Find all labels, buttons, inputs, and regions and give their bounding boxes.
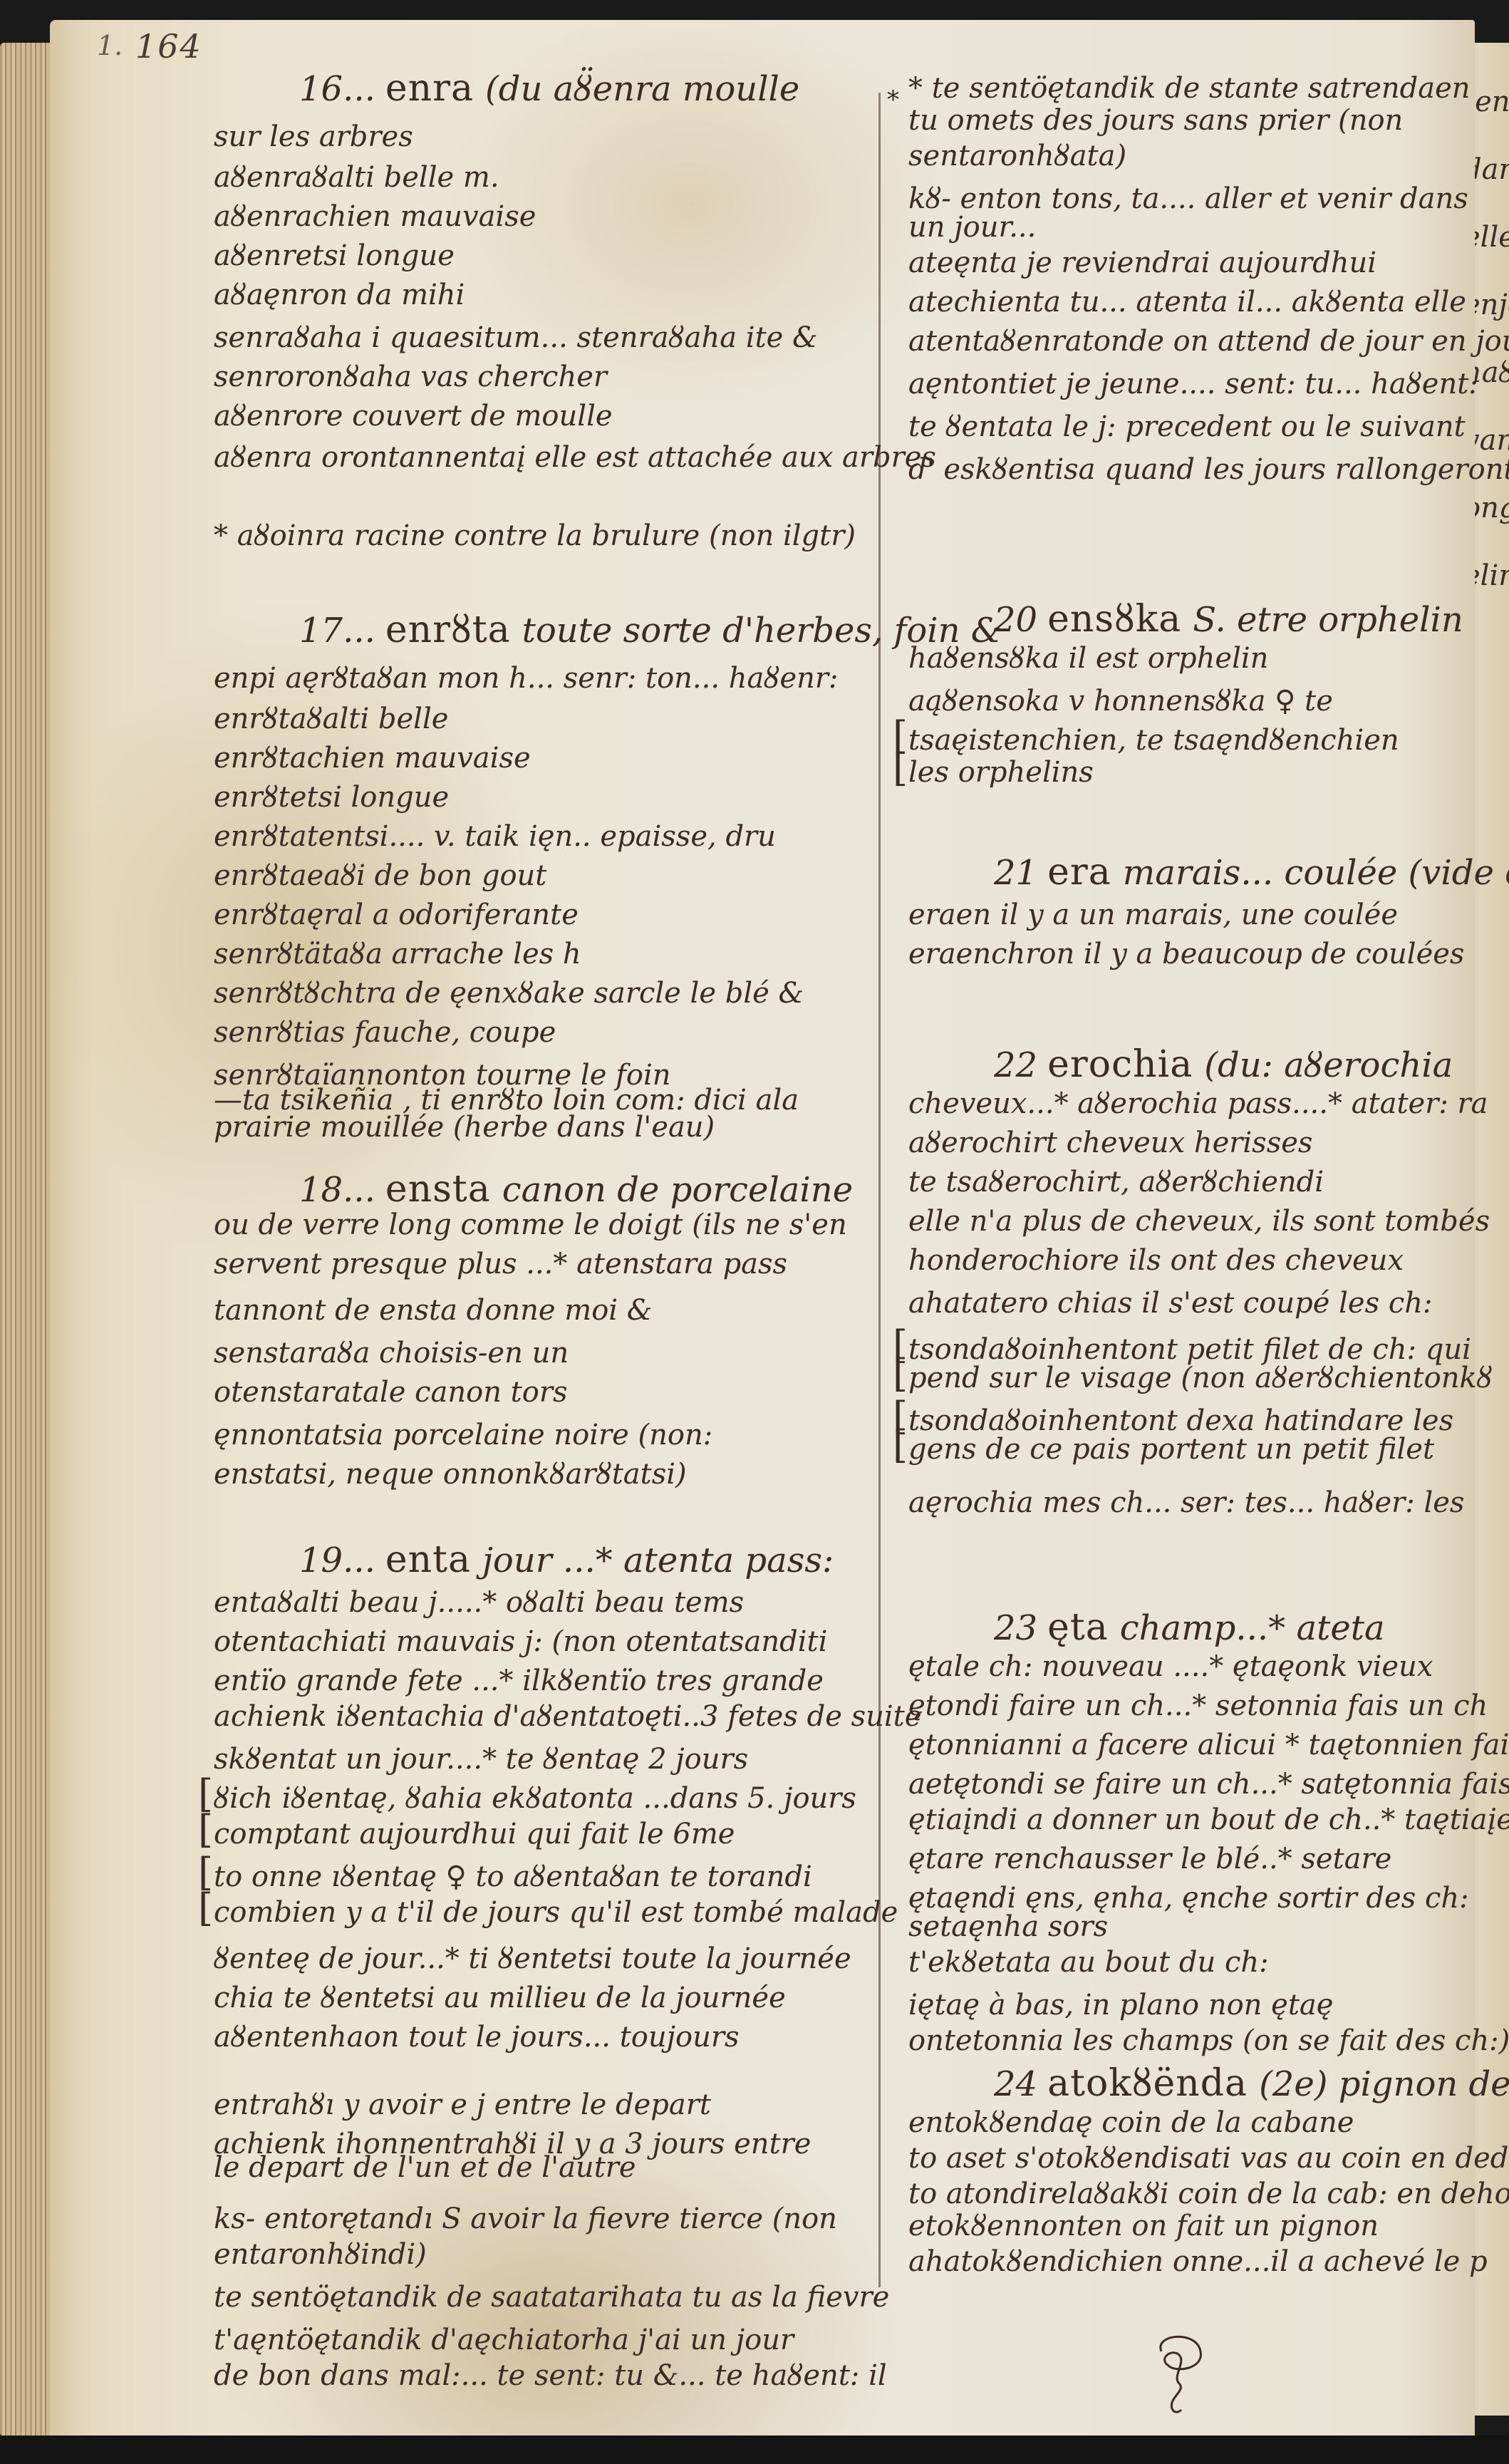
- entry-line: iętaę à bas, in plano non ętaę: [908, 1988, 1333, 2022]
- entry-line: de bon dans mal:... te sent: tu &... te …: [214, 2359, 887, 2393]
- entry-line: * te sentöętandik de stante satrendaen: [908, 71, 1471, 105]
- entry-text: enrȣtetsi longue: [214, 781, 449, 814]
- entry-text: jour ...* atenta pass:: [482, 1541, 834, 1580]
- entry-text: eraenchron il y a beaucoup de coulées: [908, 938, 1464, 970]
- entry-line: enstatsi, neque onnonkȣarȣtatsi): [214, 1457, 687, 1491]
- entry-text: honderochiore ils ont des cheveux: [908, 1244, 1404, 1277]
- entry-text: otenstaratale canon tors: [214, 1376, 567, 1409]
- entry-line: entaȣalti beau j.....* oȣalti beau tems: [214, 1585, 744, 1620]
- entry-text: senrȣtȣchtra de ęenxȣake sarcle le blé &: [214, 977, 804, 1010]
- entry-heading: 16...enra(du aȣ̈enra moulle: [299, 71, 799, 106]
- entry-line: enrȣtetsi longue: [214, 780, 449, 814]
- entry-text: aęrochia mes ch... ser: tes... haȣer: le…: [908, 1486, 1464, 1519]
- entry-text: combien y a t'il de jours qu'il est tomb…: [214, 1896, 898, 1929]
- entry-text: ętiaįndi a donner un bout de ch..* taęti…: [908, 1803, 1509, 1836]
- entry-text: ęnnontatsia porcelaine noire (non:: [214, 1419, 712, 1451]
- entry-line: entaronhȣindi): [214, 2237, 427, 2272]
- entry-text: aetętondi se faire un ch...* satętonnia …: [908, 1768, 1509, 1801]
- entry-text: ateęnta je reviendrai aujourdhui: [908, 247, 1376, 279]
- entry-text: entïo grande fete ...* ilkȣentïo tres gr…: [214, 1665, 824, 1697]
- entry-text: cheveux...* aȣerochia pass....* atater: …: [908, 1087, 1488, 1120]
- book-bottom-shadow: [0, 2435, 1509, 2464]
- entry-line: un jour...: [908, 210, 1036, 244]
- entry-line: enrȣtachien mauvaise: [214, 741, 531, 775]
- entry-line: ętale ch: nouveau ....* ętaęonk vieux: [908, 1650, 1433, 1684]
- entry-line: ętare renchausser le blé..* setare: [908, 1842, 1391, 1876]
- entry-text: iętaę à bas, in plano non ętaę: [908, 1989, 1333, 2022]
- entry-text: ętonnianni a facere alicui * taętonnien …: [908, 1729, 1509, 1761]
- entry-line: ęnnontatsia porcelaine noire (non:: [214, 1418, 712, 1452]
- entry-number: 23: [994, 1608, 1037, 1648]
- entry-line: atentaȣenratonde on attend de jour en jo…: [908, 324, 1509, 358]
- entry-text: aȣentenhaon tout le jours... toujours: [214, 2021, 740, 2054]
- paraph-flourish-icon: [1147, 2330, 1211, 2416]
- entry-text: ętondi faire un ch...* setonnia fais un …: [908, 1689, 1488, 1722]
- entry-line: setaęnha sors: [908, 1910, 1108, 1944]
- entry-number: 22: [994, 1045, 1037, 1085]
- entry-line: enrȣtaȣalti belle: [214, 702, 448, 736]
- entry-text: champ...* ateta: [1120, 1608, 1385, 1648]
- entry-line: tannont de ensta donne moi &: [214, 1293, 652, 1327]
- entry-text: servent presque plus ...* atenstara pass: [214, 1248, 787, 1280]
- entry-text: entaronhȣindi): [214, 2238, 427, 2271]
- entry-text: enpi aęrȣtaȣan mon h... senr: ton... haȣ…: [214, 662, 839, 695]
- entry-text: ȣich iȣentaę, ȣahia ekȣatonta ...dans 5.…: [214, 1782, 856, 1815]
- entry-text: marais... coulée (vide oherok: [1123, 853, 1509, 893]
- entry-text: elle n'a plus de cheveux, ils sont tombé…: [908, 1205, 1490, 1238]
- entry-line: to atondirelaȣakȣi coin de la cab: en de…: [908, 2177, 1509, 2211]
- entry-line: aȣenra orontannentaį elle est attachée a…: [214, 440, 936, 475]
- entry-text: to atondirelaȣakȣi coin de la cab: en de…: [908, 2178, 1509, 2210]
- entry-headword: enta: [385, 1538, 471, 1581]
- entry-text: aȣenraȣalti belle m.: [214, 161, 499, 194]
- entry-text: senrȣtias fauche, coupe: [214, 1016, 556, 1049]
- entry-text: aȣenretsi longue: [214, 239, 455, 272]
- entry-text: enrȣtaȣalti belle: [214, 703, 448, 735]
- entry-text: entrahȣı y avoir e j entre le depart: [214, 2088, 711, 2121]
- entry-number: 17...: [299, 611, 375, 651]
- entry-line: ȣenteę de jour...* ti ȣentetsi toute la …: [214, 1942, 851, 1976]
- entry-text: achienk iȣentachia d'aȣentatoęti..3 fete…: [214, 1700, 921, 1733]
- entry-headword: era: [1047, 851, 1111, 894]
- entry-line: otenstaratale canon tors: [214, 1375, 567, 1409]
- entry-text: enrȣtatentsi.... v. taik ięn.. epaisse, …: [214, 820, 776, 853]
- entry-text: tu omets des jours sans prier (non: [908, 104, 1403, 137]
- entry-text: ahatokȣendichien onne...il a achevé le p: [908, 2245, 1488, 2278]
- entry-text: senrȣtätaȣa arrache les h: [214, 938, 581, 970]
- entry-line: * aȣoinra racine contre la brulure (non …: [214, 519, 856, 553]
- entry-text: ahatatero chias il s'est coupé les ch:: [908, 1287, 1433, 1320]
- entry-line: aȣenretsi longue: [214, 239, 455, 273]
- entry-line: ętiaįndi a donner un bout de ch..* taęti…: [908, 1803, 1509, 1837]
- entry-text: enstatsi, neque onnonkȣarȣtatsi): [214, 1458, 687, 1491]
- entry-line: le depart de l'un et de l'autre: [214, 2150, 636, 2185]
- entry-text: senstaraȣa choisis-en un: [214, 1337, 569, 1370]
- entry-line: senrȣtätaȣa arrache les h: [214, 937, 581, 971]
- entry-text: enrȣtaęral a odoriferante: [214, 899, 579, 931]
- entry-text: tannont de ensta donne moi &: [214, 1294, 652, 1327]
- entry-line: eraenchron il y a beaucoup de coulées: [908, 937, 1464, 971]
- entry-text: * te sentöętandik de stante satrendaen: [908, 72, 1471, 105]
- entry-line: ętondi faire un ch...* setonnia fais un …: [908, 1689, 1488, 1723]
- entry-text: entaȣalti beau j.....* oȣalti beau tems: [214, 1586, 744, 1619]
- entry-text: atentaȣenratonde on attend de jour en jo…: [908, 325, 1509, 358]
- entry-text: pend sur le visage (non aȣerȣchientonkȣ: [908, 1362, 1493, 1394]
- entry-text: senraȣaha i quaesitum... stenraȣaha ite …: [214, 321, 818, 354]
- entry-text: ętale ch: nouveau ....* ętaęonk vieux: [908, 1650, 1433, 1683]
- entry-line: to onne ıȣentaę ♀ to aȣentaȣan te torand…: [214, 1860, 812, 1894]
- entry-line: aȣerochirt cheveux herisses: [908, 1126, 1312, 1160]
- entry-text: haȣensȣka il est orphelin: [908, 642, 1268, 675]
- entry-heading: 23ętachamp...* ateta: [994, 1610, 1385, 1645]
- entry-line: tu omets des jours sans prier (non: [908, 103, 1403, 138]
- entry-text: aęntontiet je jeune.... sent: tu... haȣe…: [908, 368, 1478, 400]
- entry-text: (du: aȣerochia: [1204, 1045, 1453, 1085]
- entry-headword: enrȣta: [385, 609, 511, 651]
- entry-text: tsaęistenchien, te tsaęndȣenchien: [908, 724, 1399, 757]
- entry-line: aęntontiet je jeune.... sent: tu... haȣe…: [908, 367, 1478, 401]
- entry-number: 18...: [299, 1170, 375, 1210]
- entry-headword: enra: [385, 67, 474, 110]
- entry-text: S. etre orphelin: [1193, 600, 1463, 640]
- entry-line: prairie mouillée (herbe dans l'eau): [214, 1110, 715, 1144]
- entry-line: honderochiore ils ont des cheveux: [908, 1243, 1404, 1278]
- entry-line: ętonnianni a facere alicui * taętonnien …: [908, 1728, 1509, 1762]
- entry-line: ks- entorętandı S avoir la fievre tierce…: [214, 2202, 837, 2236]
- entry-heading: 24atokȣënda(2e) pignon de cabane: [994, 2066, 1509, 2101]
- entry-text: enrȣtaeaȣi de bon gout: [214, 859, 546, 892]
- entry-text: eraen il y a un marais, une coulée: [908, 899, 1398, 931]
- entry-line: haȣensȣka il est orphelin: [908, 641, 1268, 675]
- entry-text: comptant aujourdhui qui fait le 6me: [214, 1818, 735, 1850]
- entry-text: aȣerochirt cheveux herisses: [908, 1127, 1312, 1159]
- entry-line: les orphelins: [908, 755, 1094, 790]
- entry-line: comptant aujourdhui qui fait le 6me: [214, 1817, 735, 1851]
- entry-line: pend sur le visage (non aȣerȣchientonkȣ: [908, 1361, 1493, 1395]
- entry-text: (2e) pignon de cabane: [1259, 2064, 1509, 2104]
- entry-line: aȣenrore couvert de moulle: [214, 399, 613, 433]
- entry-text: te ȣentata le j: precedent ou le suivant: [908, 410, 1466, 443]
- entry-headword: ęta: [1047, 1606, 1109, 1649]
- entry-headword: atokȣënda: [1047, 2062, 1248, 2105]
- entry-heading: 19...entajour ...* atenta pass:: [299, 1543, 834, 1578]
- entry-line: elle n'a plus de cheveux, ils sont tombé…: [908, 1204, 1490, 1238]
- entry-line: aȣenrachien mauvaise: [214, 200, 536, 234]
- entry-line: senrȣtias fauche, coupe: [214, 1015, 556, 1050]
- entry-line: enrȣtaeaȣi de bon gout: [214, 859, 546, 893]
- entry-number: 21: [994, 853, 1037, 893]
- entry-line: achienk iȣentachia d'aȣentatoęti..3 fete…: [214, 1699, 921, 1734]
- entry-text: gens de ce pais portent un petit filet: [908, 1433, 1434, 1466]
- entry-line: chia te ȣentetsi au millieu de la journé…: [214, 1981, 786, 2015]
- entry-text: prairie mouillée (herbe dans l'eau): [214, 1111, 715, 1144]
- entry-text: entokȣendaę coin de la cabane: [908, 2106, 1354, 2139]
- entry-text: to onne ıȣentaę ♀ to aȣentaȣan te torand…: [214, 1860, 812, 1893]
- entry-text: enrȣtachien mauvaise: [214, 742, 531, 775]
- entry-text: atechienta tu... atenta il... akȣenta el…: [908, 286, 1466, 319]
- entry-line: aȣentenhaon tout le jours... toujours: [214, 2020, 740, 2054]
- entry-number: 16...: [299, 69, 375, 109]
- entry-line: sentaronhȣata): [908, 139, 1126, 173]
- entry-line: ahatokȣendichien onne...il a achevé le p: [908, 2245, 1488, 2279]
- entry-line: enrȣtatentsi.... v. taik ięn.. epaisse, …: [214, 819, 776, 854]
- entry-text: chia te ȣentetsi au millieu de la journé…: [214, 1982, 786, 2014]
- entry-line: ontetonnia les champs (on se fait des ch…: [908, 2024, 1509, 2058]
- entry-text: d' eskȣentisa quand les jours rallongero…: [908, 453, 1509, 486]
- entry-line: ahatatero chias il s'est coupé les ch:: [908, 1286, 1433, 1320]
- entry-number: 20: [994, 600, 1037, 640]
- entry-number: 19...: [299, 1541, 375, 1580]
- entry-text: te tsaȣerochirt, aȣerȣchiendi: [908, 1166, 1324, 1199]
- entry-text: te sentöętandik de saatatarihata tu as l…: [214, 2281, 889, 2314]
- entry-headword: erochia: [1047, 1043, 1193, 1086]
- entry-text: senroronȣaha vas chercher: [214, 361, 607, 393]
- entry-text: ętare renchausser le blé..* setare: [908, 1843, 1391, 1875]
- entry-line: entrahȣı y avoir e j entre le depart: [214, 2088, 711, 2122]
- entry-heading: 20ensȣkaS. etre orphelin: [994, 602, 1463, 637]
- entry-line: aetętondi se faire un ch...* satętonnia …: [908, 1767, 1509, 1801]
- entry-text: ȣenteę de jour...* ti ȣentetsi toute la …: [214, 1942, 851, 1975]
- entry-line: otentachiati mauvais j: (non otentatsand…: [214, 1625, 827, 1659]
- entry-line: te tsaȣerochirt, aȣerȣchiendi: [908, 1165, 1324, 1199]
- entry-line: senraȣaha i quaesitum... stenraȣaha ite …: [214, 321, 818, 355]
- entry-line: te ȣentata le j: precedent ou le suivant: [908, 410, 1466, 444]
- entry-line: cheveux...* aȣerochia pass....* atater: …: [908, 1087, 1488, 1121]
- margin-mark: 1.: [97, 30, 123, 61]
- entry-text: (du aȣ̈enra moulle: [485, 69, 799, 109]
- entry-text: les orphelins: [908, 756, 1094, 789]
- entry-heading: 17...enrȣtatoute sorte d'herbes, foin &: [299, 613, 1001, 648]
- entry-text: sentaronhȣata): [908, 140, 1126, 172]
- entry-text: ontetonnia les champs (on se fait des ch…: [908, 2024, 1509, 2057]
- entry-line: enpi aęrȣtaȣan mon h... senr: ton... haȣ…: [214, 661, 839, 695]
- entry-text: le depart de l'un et de l'autre: [214, 2151, 636, 2184]
- column-divider: [878, 93, 881, 2287]
- entry-text: aȣaęnron da mihi: [214, 279, 465, 311]
- entry-text: ou de verre long comme le doigt (ils ne …: [214, 1208, 847, 1241]
- entry-line: te sentöętandik de saatatarihata tu as l…: [214, 2280, 889, 2314]
- entry-line: aąȣensoka v honnensȣka ♀ te: [908, 684, 1333, 718]
- entry-line: entïo grande fete ...* ilkȣentïo tres gr…: [214, 1664, 824, 1698]
- entry-heading: 22erochia(du: aȣerochia: [994, 1047, 1453, 1082]
- entry-line: senroronȣaha vas chercher: [214, 360, 607, 394]
- entry-line: combien y a t'il de jours qu'il est tomb…: [214, 1895, 898, 1930]
- entry-line: senrȣtȣchtra de ęenxȣake sarcle le blé &: [214, 976, 804, 1010]
- entry-line: t'ekȣetata au bout du ch:: [908, 1945, 1269, 1979]
- entry-text: aȣenra orontannentaį elle est attachée a…: [214, 441, 936, 474]
- entry-line: etokȣennonten on fait un pignon: [908, 2209, 1379, 2243]
- entry-text: to aset s'otokȣendisati vas au coin en d…: [908, 2142, 1509, 2175]
- entry-text: de bon dans mal:... te sent: tu &... te …: [214, 2359, 887, 2392]
- entry-line: atechienta tu... atenta il... akȣenta el…: [908, 285, 1466, 319]
- entry-line: sur les arbres: [214, 120, 413, 154]
- entry-text: setaęnha sors: [908, 1910, 1108, 1943]
- entry-line: eraen il y a un marais, une coulée: [908, 898, 1398, 932]
- entry-text: aȣenrachien mauvaise: [214, 200, 536, 233]
- entry-text: skȣentat un jour....* te ȣentaę 2 jours: [214, 1743, 748, 1776]
- entry-text: un jour...: [908, 211, 1036, 244]
- entry-line: ȣich iȣentaę, ȣahia ekȣatonta ...dans 5.…: [214, 1781, 856, 1816]
- entry-line: aȣenraȣalti belle m.: [214, 160, 499, 195]
- entry-line: skȣentat un jour....* te ȣentaę 2 jours: [214, 1742, 748, 1776]
- entry-line: tsaęistenchien, te tsaęndȣenchien: [908, 723, 1399, 757]
- entry-line: d' eskȣentisa quand les jours rallongero…: [908, 452, 1509, 487]
- entry-headword: ensta: [385, 1168, 491, 1211]
- entry-line: ateęnta je reviendrai aujourdhui: [908, 246, 1376, 280]
- entry-line: aȣaęnron da mihi: [214, 278, 465, 312]
- entry-line: t'aęntöętandik d'aęchiatorha j'ai un jou…: [214, 2323, 794, 2357]
- entry-line: servent presque plus ...* atenstara pass: [214, 1247, 787, 1281]
- entry-line: gens de ce pais portent un petit filet: [908, 1432, 1434, 1466]
- entry-text: canon de porcelaine: [502, 1170, 853, 1210]
- entry-text: etokȣennonten on fait un pignon: [908, 2210, 1379, 2242]
- entry-number: 24: [994, 2064, 1037, 2104]
- entry-text: * aȣoinra racine contre la brulure (non …: [214, 519, 856, 552]
- page-number: 164: [135, 27, 202, 66]
- entry-text: aȣenrore couvert de moulle: [214, 400, 613, 433]
- entry-heading: 21eramarais... coulée (vide oherok: [994, 855, 1509, 890]
- entry-line: ou de verre long comme le doigt (ils ne …: [214, 1208, 847, 1242]
- entry-line: entokȣendaę coin de la cabane: [908, 2106, 1354, 2140]
- entry-heading: 18...enstacanon de porcelaine: [299, 1172, 853, 1207]
- entry-line: senstaraȣa choisis-en un: [214, 1336, 569, 1370]
- entry-text: sur les arbres: [214, 120, 413, 153]
- entry-headword: ensȣka: [1047, 598, 1181, 641]
- entry-line: enrȣtaęral a odoriferante: [214, 898, 579, 932]
- entry-text: otentachiati mauvais j: (non otentatsand…: [214, 1625, 827, 1658]
- entry-line: aęrochia mes ch... ser: tes... haȣer: le…: [908, 1486, 1464, 1520]
- entry-text: t'aęntöętandik d'aęchiatorha j'ai un jou…: [214, 2324, 794, 2356]
- margin-star-mark: *: [887, 86, 899, 114]
- entry-text: aąȣensoka v honnensȣka ♀ te: [908, 685, 1333, 718]
- entry-text: t'ekȣetata au bout du ch:: [908, 1946, 1269, 1979]
- entry-line: to aset s'otokȣendisati vas au coin en d…: [908, 2141, 1509, 2175]
- entry-text: ks- entorętandı S avoir la fievre tierce…: [214, 2202, 837, 2235]
